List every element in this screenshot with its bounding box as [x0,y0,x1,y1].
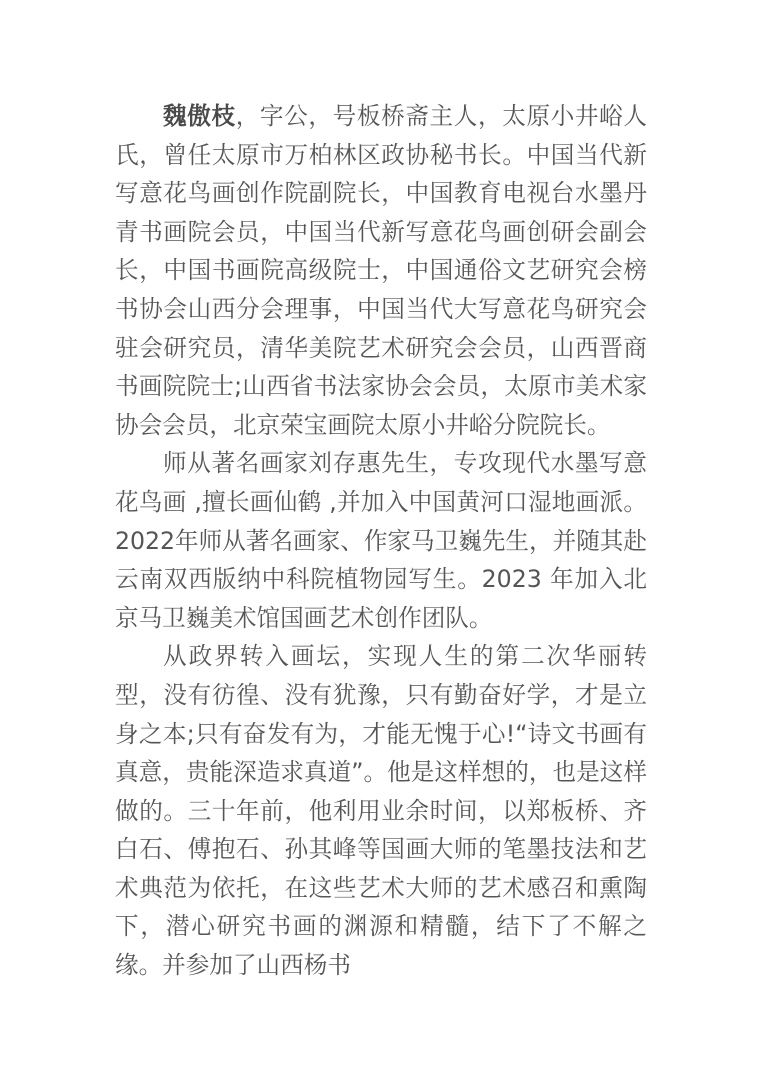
biography-text: ，字公，号板桥斋主人，太原小井峪人氏，曾任太原市万柏林区政协秘书长。中国当代新写… [115,102,647,439]
paragraph-biography: 魏傲枝，字公，号板桥斋主人，太原小井峪人氏，曾任太原市万柏林区政协秘书长。中国当… [115,97,647,444]
artist-name: 魏傲枝 [163,102,236,130]
document-page: 魏傲枝，字公，号板桥斋主人，太原小井峪人氏，曾任太原市万柏林区政协秘书长。中国当… [115,97,647,985]
paragraph-career-transition: 从政界转入画坛，实现人生的第二次华丽转型，没有彷徨、没有犹豫，只有勤奋好学，才是… [115,637,647,984]
paragraph-training: 师从著名画家刘存惠先生，专攻现代水墨写意花鸟画 ,擅长画仙鹤 ,并加入中国黄河口… [115,444,647,637]
